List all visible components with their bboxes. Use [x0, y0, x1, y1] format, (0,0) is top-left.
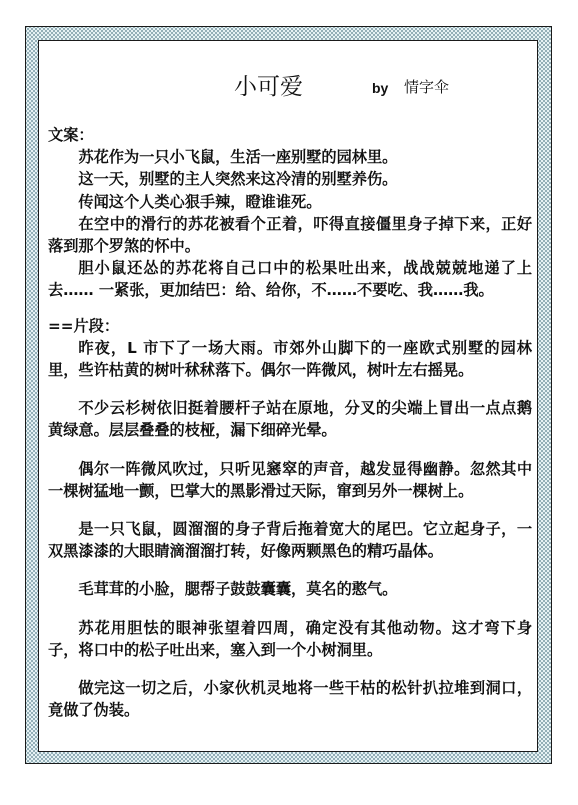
excerpt-section: ==片段： 昨夜，L 市下了一场大雨。市郊外山脚下的一座欧式别墅的园林里，些许枯… [48, 315, 532, 722]
excerpt-paragraph: 毛茸茸的小脸，腮帮子鼓鼓囊囊，莫名的憨气。 [48, 578, 532, 600]
excerpt-paragraph: 是一只飞鼠，圆溜溜的身子背后拖着宽大的尾巴。它立起身子，一双黑漆漆的大眼睛滴溜溜… [48, 518, 532, 562]
excerpt-paragraph: 不少云杉树依旧挺着腰杆子站在原地，分叉的尖端上冒出一点点鹅黄绿意。层层叠叠的枝桠… [48, 397, 532, 441]
author-name: 情字伞 [404, 75, 449, 99]
paragraph-spacer [48, 601, 532, 617]
blurb-heading: 文案： [48, 124, 532, 146]
document-body: 文案： 苏花作为一只小飞鼠，生活一座别墅的园林里。 这一天，别墅的主人突然来这冷… [48, 124, 532, 721]
section-spacer [48, 302, 532, 315]
paragraph-spacer [48, 661, 532, 677]
blurb-paragraph: 在空中的滑行的苏花被看个正着，吓得直接僵里身子掉下来，正好落到那个罗煞的怀中。 [48, 213, 532, 257]
paragraph-spacer [48, 562, 532, 578]
paragraph-spacer [48, 502, 532, 518]
title-row: 小可爱 by 情字伞 [0, 72, 578, 104]
by-label: by [372, 77, 388, 99]
excerpt-paragraph: 做完这一切之后，小家伙机灵地将一些干枯的松针扒拉堆到洞口，竟做了伪装。 [48, 677, 532, 721]
blurb-section: 文案： 苏花作为一只小飞鼠，生活一座别墅的园林里。 这一天，别墅的主人突然来这冷… [48, 124, 532, 302]
document-title: 小可爱 [234, 72, 303, 102]
paragraph-spacer [48, 381, 532, 397]
blurb-paragraph: 这一天，别墅的主人突然来这冷清的别墅养伤。 [48, 168, 532, 190]
blurb-paragraph: 胆小鼠还怂的苏花将自己口中的松果吐出来，战战兢兢地递了上去…… 一紧张，更加结巴… [48, 257, 532, 301]
excerpt-paragraph: 偶尔一阵微风吹过，只听见窸窣的声音，越发显得幽静。忽然其中一棵树猛地一颤，巴掌大… [48, 458, 532, 502]
excerpt-paragraph: 昨夜，L 市下了一场大雨。市郊外山脚下的一座欧式别墅的园林里，些许枯黄的树叶秫秫… [48, 337, 532, 381]
excerpt-paragraph: 苏花用胆怯的眼神张望着四周，确定没有其他动物。这才弯下身子，将口中的松子吐出来，… [48, 617, 532, 661]
paragraph-spacer [48, 442, 532, 458]
blurb-paragraph: 苏花作为一只小飞鼠，生活一座别墅的园林里。 [48, 146, 532, 168]
excerpt-heading: ==片段： [48, 315, 532, 337]
blurb-paragraph: 传闻这个人类心狠手辣，瞪谁谁死。 [48, 191, 532, 213]
